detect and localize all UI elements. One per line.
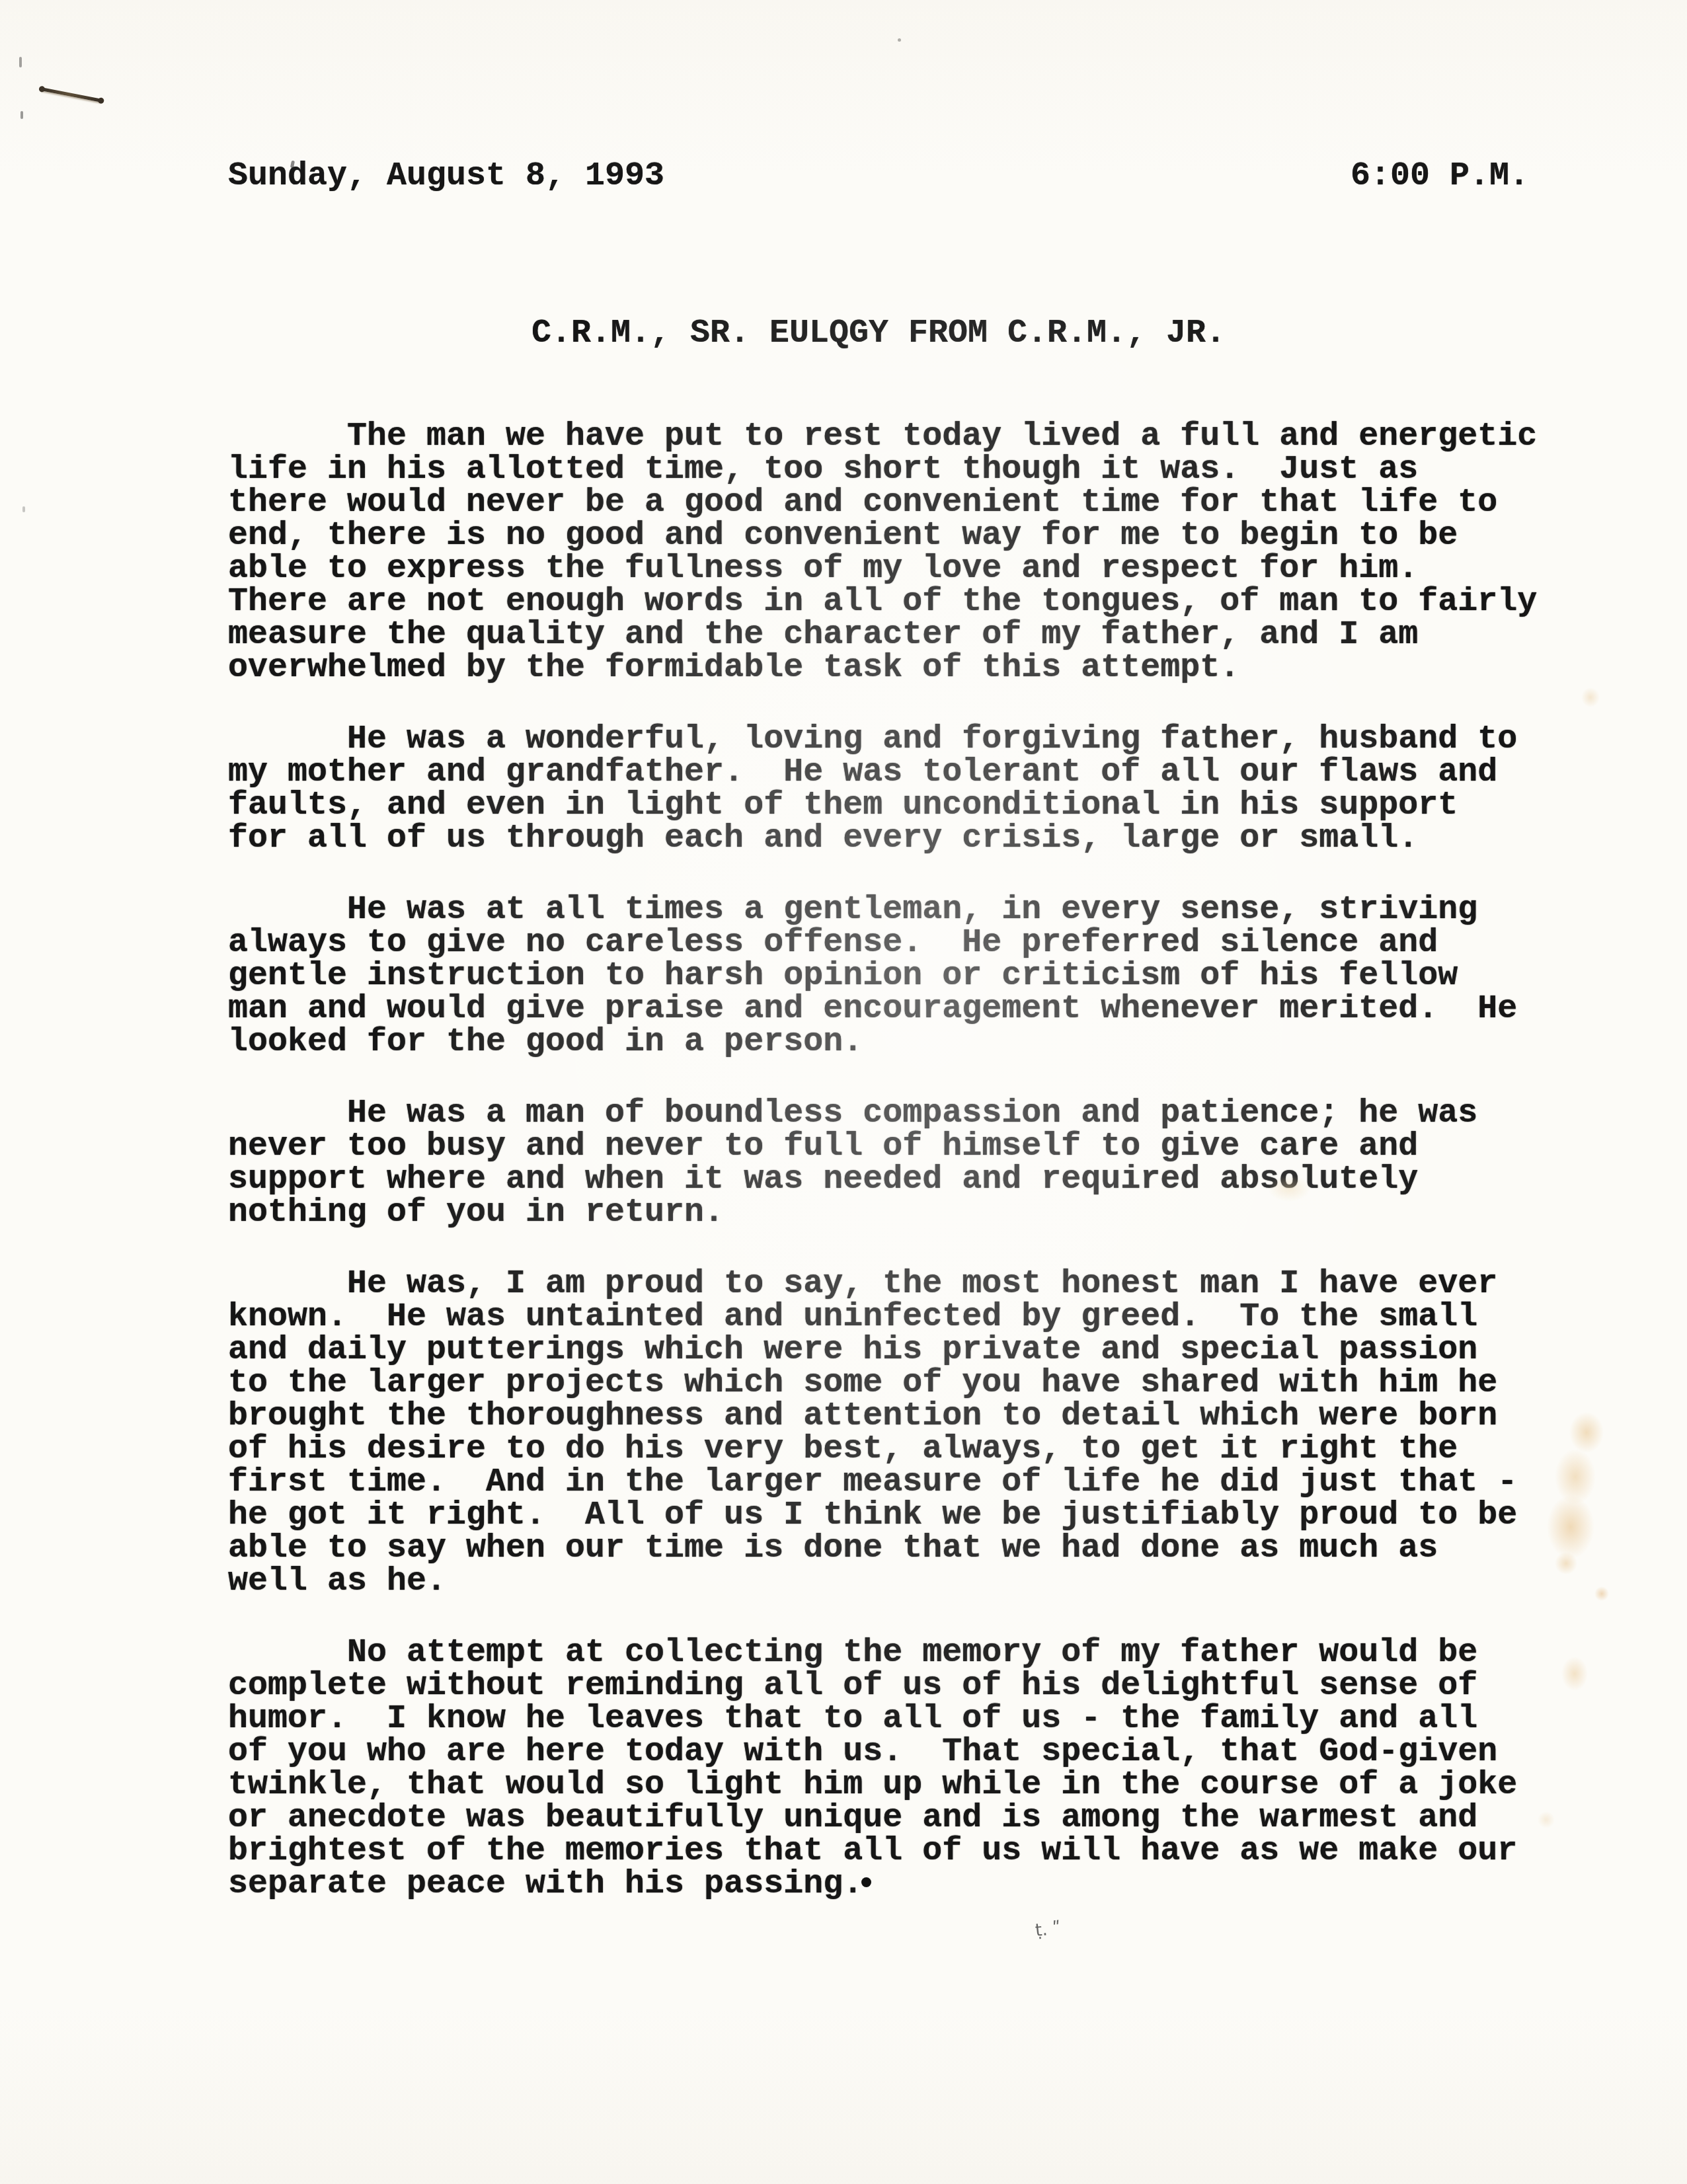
scanned-document-page: Sunday, August 8, 1993 6:00 P.M. C.R.M.,… bbox=[0, 0, 1687, 2184]
paragraph-4: He was a man of boundless compassion and… bbox=[228, 1097, 1583, 1229]
document-title: C.R.M., SR. EULQGY FROM C.R.M., JR. bbox=[228, 316, 1529, 352]
paragraph-5: He was, I am proud to say, the most hone… bbox=[228, 1268, 1583, 1598]
document-header: Sunday, August 8, 1993 6:00 P.M. bbox=[228, 159, 1529, 194]
paragraph-1: The man we have put to rest today lived … bbox=[228, 420, 1583, 685]
scan-edge-mark bbox=[19, 57, 22, 67]
ink-dot-mark bbox=[861, 1877, 871, 1887]
time-text: 6:00 P.M. bbox=[1351, 159, 1529, 194]
staple-mark bbox=[41, 87, 102, 102]
scan-edge-mark bbox=[20, 111, 23, 119]
paper-stain bbox=[1594, 1586, 1609, 1601]
paragraph-6: No attempt at collecting the memory of m… bbox=[228, 1637, 1583, 1901]
paper-stain bbox=[1581, 687, 1600, 707]
document-body: The man we have put to rest today lived … bbox=[228, 420, 1583, 1939]
ink-speck bbox=[898, 38, 901, 42]
pencil-squiggle-mark: ṭ. ʺ bbox=[1035, 1918, 1062, 1941]
scan-edge-mark bbox=[22, 506, 25, 512]
paragraph-3: He was at all times a gentleman, in ever… bbox=[228, 894, 1583, 1059]
paragraph-2: He was a wonderful, loving and forgiving… bbox=[228, 723, 1583, 855]
